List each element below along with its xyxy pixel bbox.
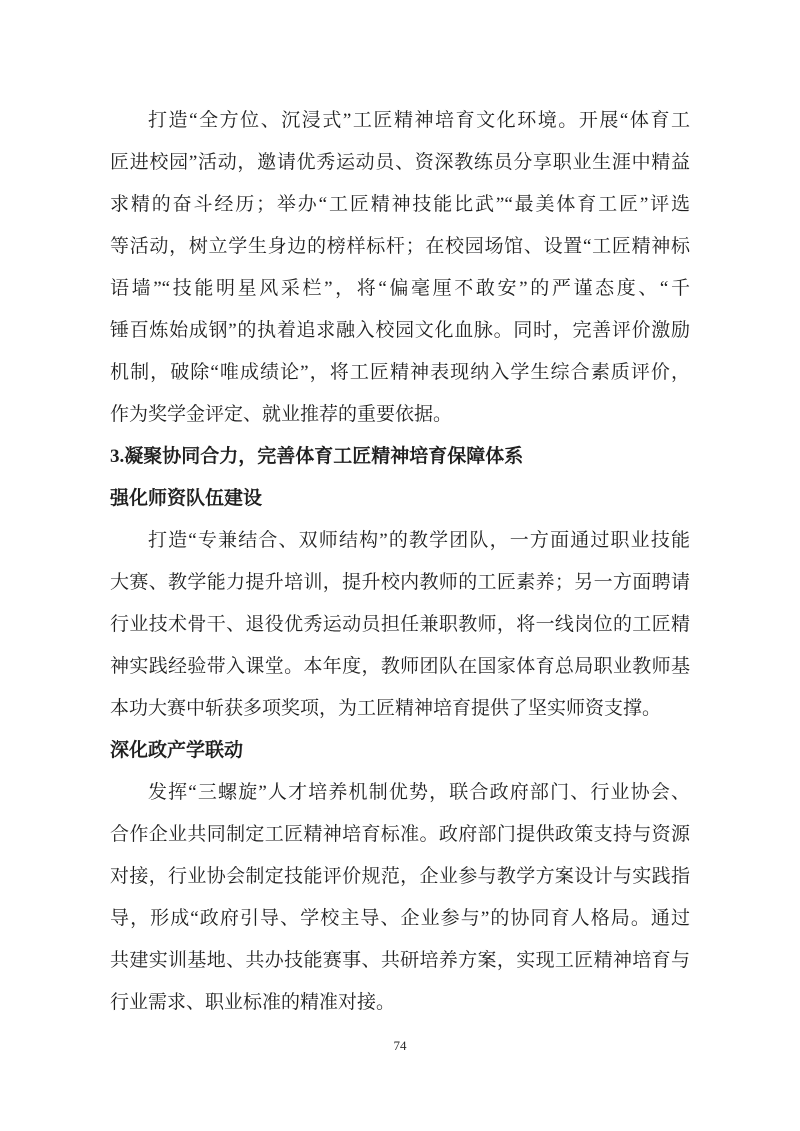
paragraph-line: 共建实训基地、共办技能赛事、共研培养方案，实现工匠精神培育与 [110, 940, 690, 982]
paragraph-line: 神实践经验带入课堂。本年度，教师团队在国家体育总局职业教师基 [110, 646, 690, 688]
document-body: 打造“全方位、沉浸式”工匠精神培育文化环境。开展“体育工匠进校园”活动，邀请优秀… [110, 100, 690, 1024]
paragraph-line: 机制，破除“唯成绩论”，将工匠精神表现纳入学生综合素质评价， [110, 352, 690, 394]
paragraph-line: 锤百炼始成钢”的执着追求融入校园文化血脉。同时，完善评价激励 [110, 310, 690, 352]
paragraph-line: 打造“全方位、沉浸式”工匠精神培育文化环境。开展“体育工 [110, 100, 690, 142]
paragraph-line: 匠进校园”活动，邀请优秀运动员、资深教练员分享职业生涯中精益 [110, 142, 690, 184]
paragraph-line: 行业需求、职业标准的精准对接。 [110, 982, 690, 1024]
paragraph-line: 等活动，树立学生身边的榜样标杆；在校园场馆、设置“工匠精神标 [110, 226, 690, 268]
section-heading: 3.凝聚协同合力，完善体育工匠精神培育保障体系 [110, 436, 690, 478]
paragraph-line: 本功大赛中斩获多项奖项，为工匠精神培育提供了坚实师资支撑。 [110, 688, 690, 730]
subsection-heading: 强化师资队伍建设 [110, 478, 690, 520]
paragraph-line: 合作企业共同制定工匠精神培育标准。政府部门提供政策支持与资源 [110, 814, 690, 856]
paragraph-line: 对接，行业协会制定技能评价规范，企业参与教学方案设计与实践指 [110, 856, 690, 898]
paragraph-line: 求精的奋斗经历；举办“工匠精神技能比武”“最美体育工匠”评选 [110, 184, 690, 226]
subsection-heading: 深化政产学联动 [110, 730, 690, 772]
paragraph-line: 发挥“三螺旋”人才培养机制优势，联合政府部门、行业协会、 [110, 772, 690, 814]
paragraph-line: 打造“专兼结合、双师结构”的教学团队，一方面通过职业技能 [110, 520, 690, 562]
paragraph-line: 大赛、教学能力提升培训，提升校内教师的工匠素养；另一方面聘请 [110, 562, 690, 604]
paragraph-line: 语墙”“技能明星风采栏”，将“偏毫厘不敢安”的严谨态度、“千 [110, 268, 690, 310]
document-page: 打造“全方位、沉浸式”工匠精神培育文化环境。开展“体育工匠进校园”活动，邀请优秀… [0, 0, 800, 1131]
page-number: 74 [394, 1038, 407, 1053]
paragraph-line: 作为奖学金评定、就业推荐的重要依据。 [110, 394, 690, 436]
paragraph-line: 导，形成“政府引导、学校主导、企业参与”的协同育人格局。通过 [110, 898, 690, 940]
paragraph-line: 行业技术骨干、退役优秀运动员担任兼职教师，将一线岗位的工匠精 [110, 604, 690, 646]
page-footer: 74 [0, 1038, 800, 1054]
